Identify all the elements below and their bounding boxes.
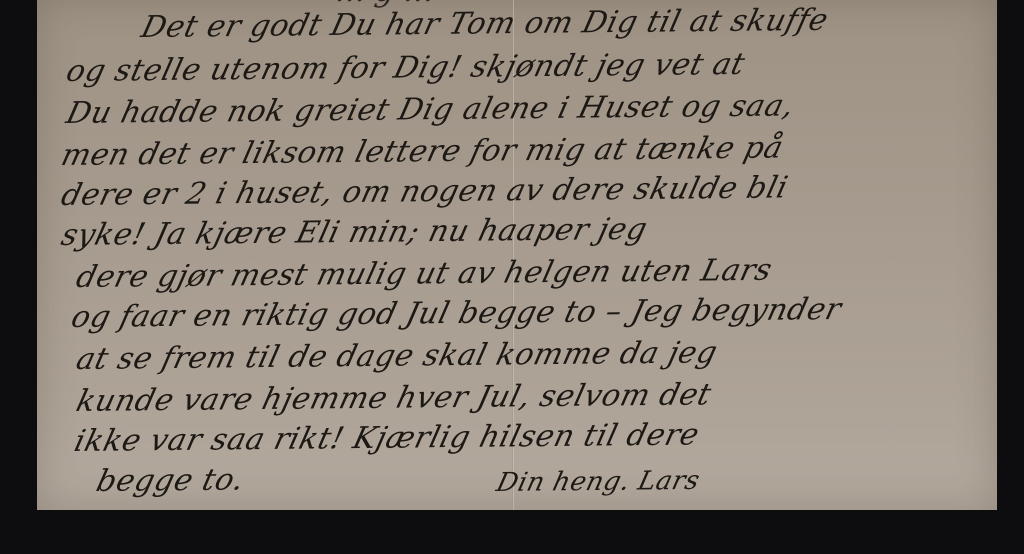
letter-line-9: at se frem til de dage skal komme da jeg <box>73 335 721 377</box>
letter-signature: Din heng. Lars <box>493 466 702 498</box>
letter-line-5: dere er 2 i huset, om nogen av dere skul… <box>58 170 792 213</box>
letter-line-2: og stelle utenom for Dig! skjøndt jeg ve… <box>63 47 749 89</box>
photo-backdrop: … g … Det er godt Du har Tom om Dig til … <box>0 0 1024 554</box>
letter-closing: begge to. <box>93 462 248 499</box>
letter-line-4: men det er liksom lettere for mig at tæn… <box>58 130 787 173</box>
letter-line-3: Du hadde nok greiet Dig alene i Huset og… <box>63 88 798 131</box>
letter-line-11: ikke var saa rikt! Kjærlig hilsen til de… <box>71 417 703 459</box>
letter-line-8: og faar en riktig god Jul begge to – Jeg… <box>68 292 845 335</box>
letter-line-10: kunde vare hjemme hver Jul, selvom det <box>73 377 715 419</box>
letter-line-1: Det er godt Du har Tom om Dig til at sku… <box>138 3 832 45</box>
letter-line-6: syke! Ja kjære Eli min; nu haaper jeg <box>58 212 651 253</box>
letter-paper: … g … Det er godt Du har Tom om Dig til … <box>37 0 997 510</box>
letter-line-7: dere gjør mest mulig ut av helgen uten L… <box>73 253 776 295</box>
